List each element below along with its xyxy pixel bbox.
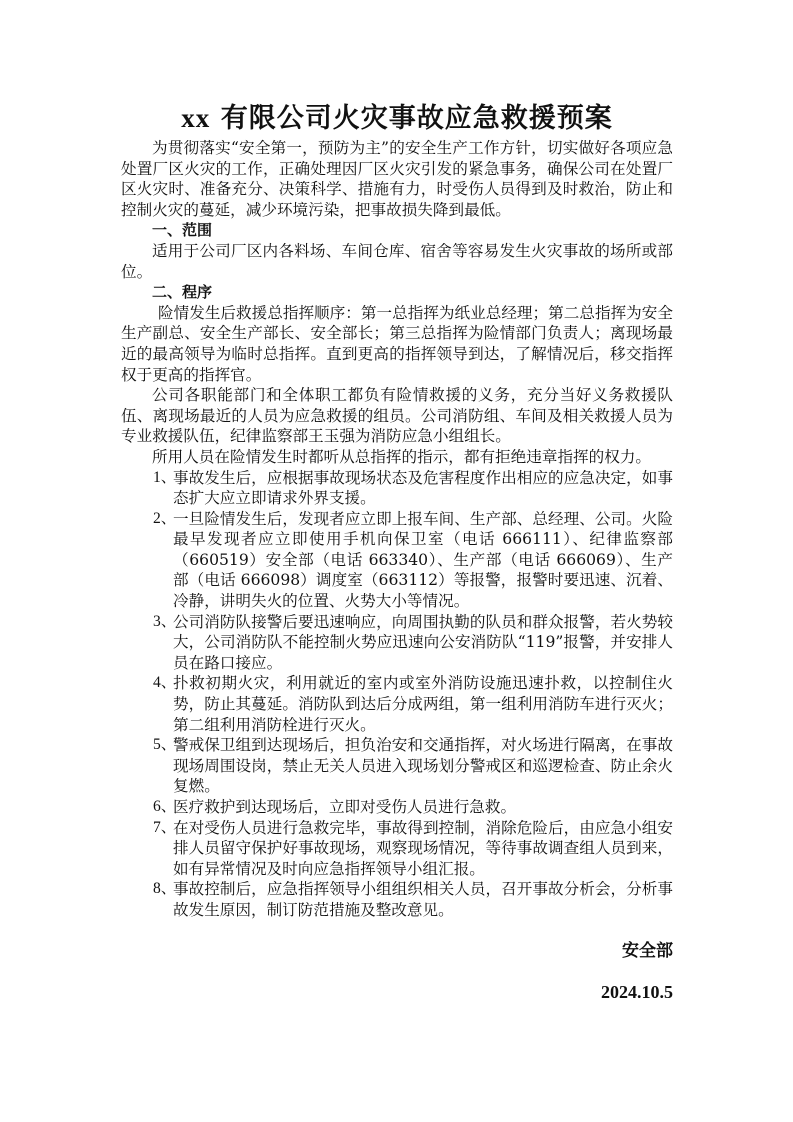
step-text: 事故控制后，应急指挥领导小组组织相关人员，召开事故分析会，分析事故发生原因，制订…: [173, 880, 673, 919]
step-number: 7、: [153, 818, 176, 839]
step-text: 扑救初期火灾，利用就近的室内或室外消防设施迅速扑救，以控制住火势，防止其蔓延。消…: [173, 674, 673, 733]
step-text: 事故发生后，应根据事故现场状态及危害程度作出相应的应急决定，如事态扩大应立即请求…: [173, 469, 673, 508]
signature-date: 2024.10.5: [121, 982, 673, 1003]
list-item: 6、 医疗救护到达现场后，立即对受伤人员进行急救。: [121, 797, 673, 818]
authority-paragraph: 所用人员在险情发生时都听从总指挥的指示，都有拒绝违章指挥的权力。: [121, 447, 673, 468]
procedure-steps-list: 1、 事故发生后，应根据事故现场状态及危害程度作出相应的应急决定，如事态扩大应立…: [121, 468, 673, 921]
document-page: xx 有限公司火灾事故应急救援预案 为贯彻落实“安全第一，预防为主”的安全生产工…: [121, 98, 673, 921]
step-text: 公司消防队接警后要迅速响应，向周围执勤的队员和群众报警，若火势较大，公司消防队不…: [173, 613, 673, 672]
intro-paragraph: 为贯彻落实“安全第一，预防为主”的安全生产工作方针，切实做好各项应急处置厂区火灾…: [121, 138, 673, 220]
list-item: 8、 事故控制后，应急指挥领导小组组织相关人员，召开事故分析会，分析事故发生原因…: [121, 879, 673, 920]
duty-paragraph: 公司各职能部门和全体职工都负有险情救援的义务，充分当好义务救援队伍、离现场最近的…: [121, 385, 673, 447]
section-heading-scope: 一、范围: [121, 220, 673, 241]
step-text: 警戒保卫组到达现场后，担负治安和交通指挥，对火场进行隔离，在事故现场周围设岗，禁…: [173, 736, 673, 795]
step-number: 8、: [153, 879, 176, 900]
signature-department: 安全部: [121, 936, 673, 961]
step-number: 1、: [153, 468, 176, 489]
list-item: 5、 警戒保卫组到达现场后，担负治安和交通指挥，对火场进行隔离，在事故现场周围设…: [121, 735, 673, 797]
step-number: 5、: [153, 735, 176, 756]
list-item: 3、 公司消防队接警后要迅速响应，向周围执勤的队员和群众报警，若火势较大，公司消…: [121, 612, 673, 674]
document-title: xx 有限公司火灾事故应急救援预案: [121, 98, 673, 138]
title-prefix: xx: [181, 103, 210, 133]
step-number: 3、: [153, 612, 176, 633]
title-main: 有限公司火灾事故应急救援预案: [210, 103, 612, 134]
list-item: 7、 在对受伤人员进行急救完毕，事故得到控制，消除危险后，由应急小组安排人员留守…: [121, 818, 673, 880]
step-text: 医疗救护到达现场后，立即对受伤人员进行急救。: [173, 798, 516, 816]
step-text: 在对受伤人员进行急救完毕，事故得到控制，消除危险后，由应急小组安排人员留守保护好…: [173, 819, 673, 878]
list-item: 2、 一旦险情发生后，发现者应立即上报车间、生产部、总经理、公司。火险最早发现者…: [121, 509, 673, 612]
scope-paragraph: 适用于公司厂区内各料场、车间仓库、宿舍等容易发生火灾事故的场所或部位。: [121, 241, 673, 282]
step-text: 一旦险情发生后，发现者应立即上报车间、生产部、总经理、公司。火险最早发现者应立即…: [173, 510, 673, 610]
step-number: 6、: [153, 797, 176, 818]
step-number: 4、: [153, 673, 176, 694]
section-heading-procedure: 二、程序: [121, 282, 673, 303]
list-item: 4、 扑救初期火灾，利用就近的室内或室外消防设施迅速扑救，以控制住火势，防止其蔓…: [121, 673, 673, 735]
step-number: 2、: [153, 509, 176, 530]
list-item: 1、 事故发生后，应根据事故现场状态及危害程度作出相应的应急决定，如事态扩大应立…: [121, 468, 673, 509]
command-order-paragraph: 险情发生后救援总指挥顺序：第一总指挥为纸业总经理；第二总指挥为安全生产副总、安全…: [121, 303, 673, 385]
